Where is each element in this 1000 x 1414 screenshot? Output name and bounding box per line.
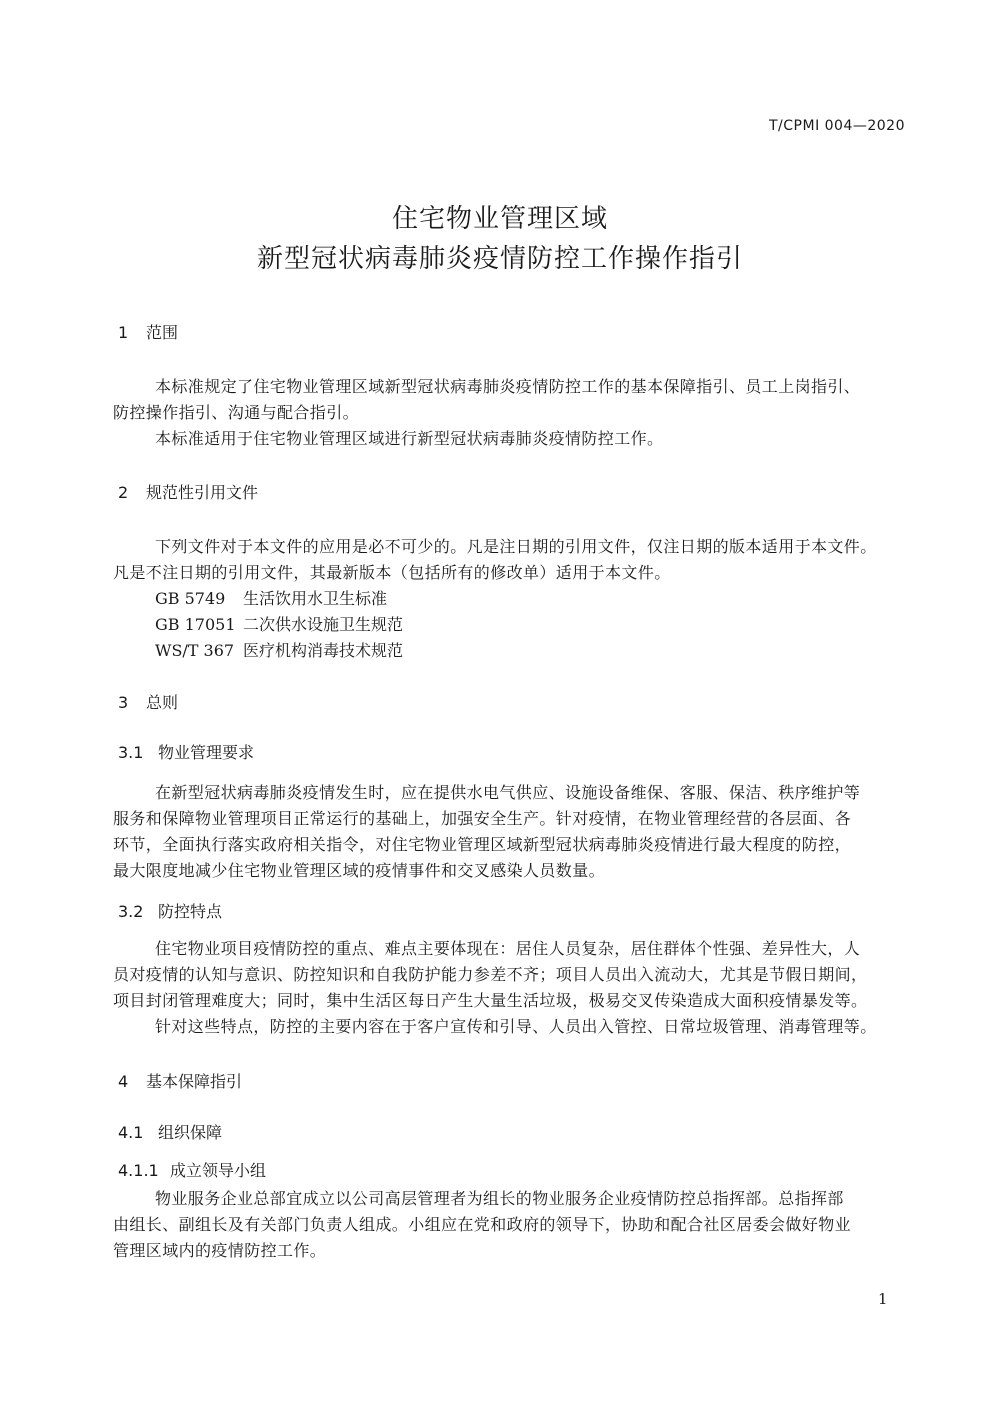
section-number: 3 [118,693,146,712]
section-title: 防控特点 [158,902,222,921]
section-number: 1 [118,323,146,342]
title-line-2: 新型冠状病毒肺炎疫情防控工作操作指引 [0,238,1000,275]
reference-item: WS/T 367医疗机构消毒技术规范 [155,638,403,661]
section-3-1-heading: 3.1物业管理要求 [118,740,254,763]
paragraph-line: 物业服务企业总部宜成立以公司高层管理者为组长的物业服务企业疫情防控总指挥部。总指… [155,1186,844,1209]
paragraph-line: 防控操作指引、沟通与配合指引。 [113,400,359,423]
paragraph-line: 凡是不注日期的引用文件，其最新版本（包括所有的修改单）适用于本文件。 [113,560,671,583]
section-2-heading: 2规范性引用文件 [118,480,258,503]
reference-name: 生活饮用水卫生标准 [243,589,387,608]
standard-code: T/CPMI 004—2020 [769,118,905,134]
section-title: 物业管理要求 [158,743,254,762]
paragraph-line: 本标准适用于住宅物业管理区域进行新型冠状病毒肺炎疫情防控工作。 [155,426,663,449]
section-title: 成立领导小组 [170,1161,266,1180]
paragraph-line: 在新型冠状病毒肺炎疫情发生时，应在提供水电气供应、设施设备维保、客服、保洁、秩序… [155,780,860,803]
section-3-heading: 3总则 [118,690,178,713]
reference-code: GB 17051 [155,615,243,634]
section-number: 4 [118,1072,146,1091]
reference-name: 二次供水设施卫生规范 [243,615,403,634]
section-4-1-1-heading: 4.1.1成立领导小组 [118,1158,266,1181]
paragraph-line: 最大限度地减少住宅物业管理区域的疫情事件和交叉感染人员数量。 [113,858,605,881]
reference-item: GB 5749生活饮用水卫生标准 [155,586,387,609]
paragraph-line: 环节，全面执行落实政府相关指令，对住宅物业管理区域新型冠状病毒肺炎疫情进行最大程… [113,832,851,855]
section-number: 2 [118,483,146,502]
section-title: 总则 [146,693,178,712]
section-number: 3.2 [118,902,158,921]
reference-name: 医疗机构消毒技术规范 [243,641,403,660]
paragraph-line: 服务和保障物业管理项目正常运行的基础上，加强安全生产。针对疫情，在物业管理经营的… [113,806,851,829]
section-number: 4.1.1 [118,1161,170,1180]
section-4-1-heading: 4.1组织保障 [118,1120,222,1143]
section-title: 范围 [146,323,178,342]
section-1-heading: 1范围 [118,320,178,343]
section-number: 3.1 [118,743,158,762]
reference-code: GB 5749 [155,589,243,608]
paragraph-line: 由组长、副组长及有关部门负责人组成。小组应在党和政府的领导下，协助和配合社区居委… [113,1212,851,1235]
paragraph-line: 管理区域内的疫情防控工作。 [113,1238,326,1261]
section-4-heading: 4基本保障指引 [118,1069,242,1092]
section-title: 规范性引用文件 [146,483,258,502]
paragraph-line: 项目封闭管理难度大；同时，集中生活区每日产生大量生活垃圾，极易交叉传染造成大面积… [113,988,867,1011]
paragraph-line: 本标准规定了住宅物业管理区域新型冠状病毒肺炎疫情防控工作的基本保障指引、员工上岗… [155,374,860,397]
section-3-2-heading: 3.2防控特点 [118,899,222,922]
paragraph-line: 下列文件对于本文件的应用是必不可少的。凡是注日期的引用文件，仅注日期的版本适用于… [155,534,877,557]
reference-item: GB 17051二次供水设施卫生规范 [155,612,403,635]
paragraph-line: 住宅物业项目疫情防控的重点、难点主要体现在：居住人员复杂，居住群体个性强、差异性… [155,936,860,959]
title-line-1: 住宅物业管理区域 [0,198,1000,235]
section-number: 4.1 [118,1123,158,1142]
section-title: 组织保障 [158,1123,222,1142]
reference-code: WS/T 367 [155,641,243,660]
paragraph-line: 针对这些特点，防控的主要内容在于客户宣传和引导、人员出入管控、日常垃圾管理、消毒… [155,1014,877,1037]
page-number: 1 [878,1290,888,1308]
section-title: 基本保障指引 [146,1072,242,1091]
paragraph-line: 员对疫情的认知与意识、防控知识和自我防护能力参差不齐；项目人员出入流动大，尤其是… [113,962,867,985]
